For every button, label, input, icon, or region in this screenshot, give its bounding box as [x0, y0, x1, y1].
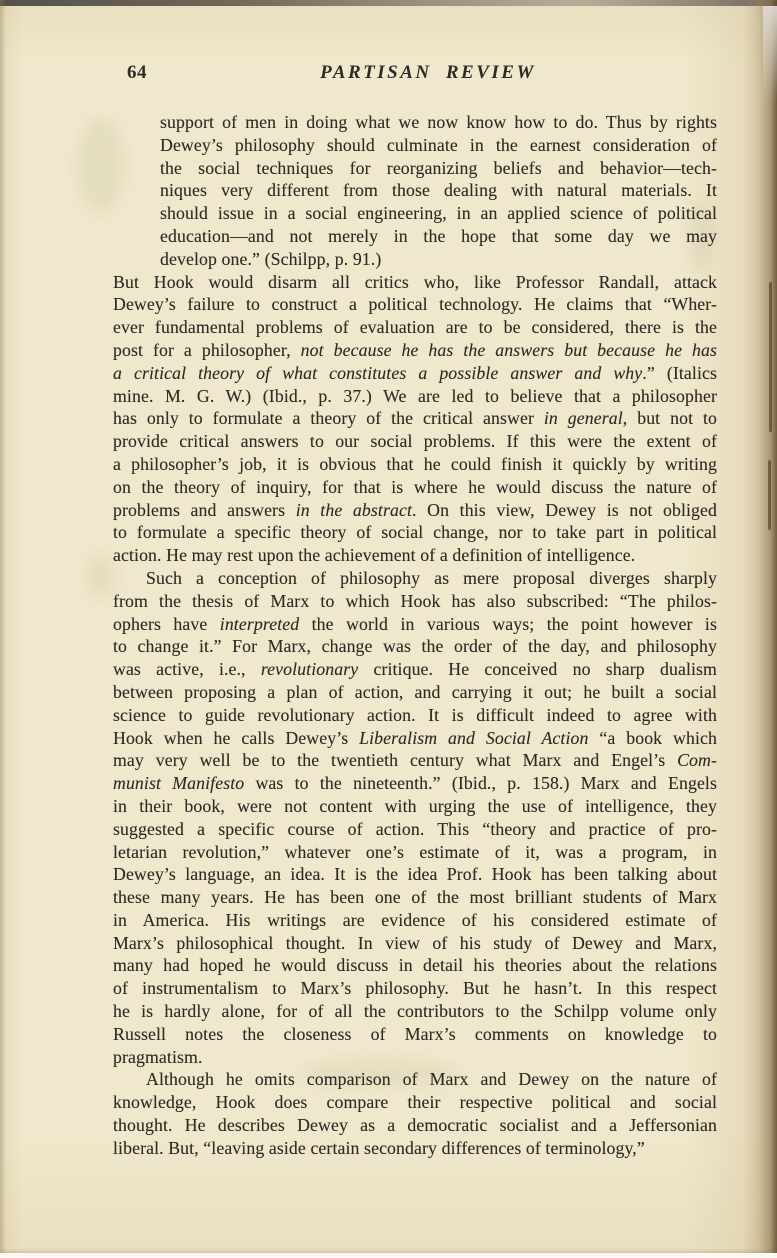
text-run: liberal. But, “leaving aside certain sec… — [113, 1138, 645, 1158]
paragraph: Such a conception of philosophy as mere … — [113, 567, 717, 1069]
text-run: education—and not merely in the hope tha… — [160, 226, 717, 246]
text-line: he is hardly alone, for of all the contr… — [113, 1000, 717, 1023]
text-line: But Hook would disarm all critics who, l… — [113, 271, 717, 294]
text-column: support of men in doing what we now know… — [113, 111, 717, 1160]
text-line: may very well be to the twentieth centur… — [113, 749, 717, 772]
text-run: action. He may rest upon the achievement… — [113, 545, 635, 565]
text-line: the social techniques for reorganizing b… — [113, 157, 717, 180]
text-line: in America. His writings are evidence of… — [113, 909, 717, 932]
text-run: Hook when he calls Dewey’s — [113, 728, 359, 748]
text-line: many had hoped he would discuss in detai… — [113, 954, 717, 977]
text-line: Although he omits comparison of Marx and… — [113, 1068, 717, 1091]
text-line: knowledge, Hook does compare their respe… — [113, 1091, 717, 1114]
text-line: on the theory of inquiry, for that is wh… — [113, 476, 717, 499]
text-run: Dewey’s philosophy should culminate in t… — [160, 135, 717, 155]
text-line: from the thesis of Marx to which Hook ha… — [113, 590, 717, 613]
text-run: Marx’s philosophical thought. In view of… — [113, 933, 717, 953]
italic-run: not because he has the answers but becau… — [301, 340, 717, 360]
text-line: ever fundamental problems of evaluation … — [113, 316, 717, 339]
scan-edge-left — [0, 0, 6, 1258]
text-line: Dewey’s failure to construct a political… — [113, 293, 717, 316]
italic-run: a critical theory of what constitutes a … — [113, 363, 642, 383]
text-run: , but not to — [623, 408, 717, 428]
text-line: ophers have interpreted the world in var… — [113, 613, 717, 636]
paragraph: But Hook would disarm all critics who, l… — [113, 271, 717, 567]
text-run: ever fundamental problems of evaluation … — [113, 317, 717, 337]
text-run: post for a philosopher, — [113, 340, 301, 360]
text-run: knowledge, Hook does compare their respe… — [113, 1092, 717, 1112]
text-run: provide critical answers to our social p… — [113, 431, 717, 451]
italic-run: in the abstract — [296, 500, 412, 520]
italic-run: revolutionary — [261, 659, 358, 679]
page-edge-shadow — [743, 0, 777, 1258]
text-line: these many years. He has been one of the… — [113, 886, 717, 909]
text-run: mine. M. G. W.) (Ibid., p. 37.) We are l… — [113, 386, 717, 406]
text-line: was active, i.e., revolutionary critique… — [113, 658, 717, 681]
text-run: to change it.” For Marx, change was the … — [113, 636, 717, 656]
italic-run: Liberalism and Social Action — [359, 728, 588, 748]
text-line: Russell notes the closeness of Marx’s co… — [113, 1023, 717, 1046]
text-line: in their book, were not content with urg… — [113, 795, 717, 818]
text-line: a critical theory of what constitutes a … — [113, 362, 717, 385]
text-line: post for a philosopher, not because he h… — [113, 339, 717, 362]
text-run: critique. He conceived no sharp dualism — [358, 659, 717, 679]
text-line: problems and answers in the abstract. On… — [113, 499, 717, 522]
italic-run: Com- — [677, 750, 717, 770]
text-run: support of men in doing what we now know… — [160, 112, 717, 132]
text-run: the world in various ways; the point how… — [299, 614, 717, 634]
page-edge-highlight — [763, 6, 777, 101]
text-line: Hook when he calls Dewey’s Liberalism an… — [113, 727, 717, 750]
text-run: the social techniques for reorganizing b… — [160, 158, 717, 178]
text-line: Such a conception of philosophy as mere … — [113, 567, 717, 590]
text-line: suggested a specific course of action. T… — [113, 818, 717, 841]
text-run: develop one.” (Schilpp, p. 91.) — [160, 249, 381, 269]
text-line: action. He may rest upon the achievement… — [113, 544, 717, 567]
page-edge-mark — [769, 282, 772, 432]
text-line: letarian revolution,” whatever one’s est… — [113, 841, 717, 864]
text-run: has only to formulate a theory of the cr… — [113, 408, 544, 428]
text-line: has only to formulate a theory of the cr… — [113, 407, 717, 430]
text-run: suggested a specific course of action. T… — [113, 819, 717, 839]
text-run: was to the nineteenth.” (Ibid., p. 158.)… — [244, 773, 717, 793]
text-run: Russell notes the closeness of Marx’s co… — [113, 1024, 717, 1044]
text-line: thought. He describes Dewey as a democra… — [113, 1114, 717, 1137]
text-run: from the thesis of Marx to which Hook ha… — [113, 591, 717, 611]
text-run: niques very different from those dealing… — [160, 180, 717, 200]
text-run: many had hoped he would discuss in detai… — [113, 955, 717, 975]
text-line: between proposing a plan of action, and … — [113, 681, 717, 704]
text-run: ophers have — [113, 614, 220, 634]
text-line: a philosopher’s job, it is obvious that … — [113, 453, 717, 476]
text-line: develop one.” (Schilpp, p. 91.) — [113, 248, 717, 271]
journal-title: PARTISAN REVIEW — [113, 62, 717, 84]
text-run: may very well be to the twentieth centur… — [113, 750, 677, 770]
text-run: But Hook would disarm all critics who, l… — [113, 272, 717, 292]
text-run: should issue in a social engineering, in… — [160, 203, 717, 223]
text-run: of instrumentalism to Marx’s philosophy.… — [113, 978, 717, 998]
text-run: letarian revolution,” whatever one’s est… — [113, 842, 717, 862]
text-run: he is hardly alone, for of all the contr… — [113, 1001, 717, 1021]
text-run: on the theory of inquiry, for that is wh… — [113, 477, 717, 497]
scan-edge-top — [0, 0, 777, 6]
text-run: Dewey’s language, an idea. It is the ide… — [113, 864, 717, 884]
text-run: was active, i.e., — [113, 659, 261, 679]
text-line: education—and not merely in the hope tha… — [113, 225, 717, 248]
text-line: to formulate a specific theory of social… — [113, 521, 717, 544]
italic-run: munist Manifesto — [113, 773, 244, 793]
text-line: support of men in doing what we now know… — [113, 111, 717, 134]
text-line: Dewey’s philosophy should culminate in t… — [113, 134, 717, 157]
text-run: science to guide revolutionary action. I… — [113, 705, 717, 725]
ink-bleedthrough — [86, 555, 116, 597]
text-run: thought. He describes Dewey as a democra… — [113, 1115, 717, 1135]
text-run: Dewey’s failure to construct a political… — [113, 294, 717, 314]
text-run: problems and answers — [113, 500, 296, 520]
text-run: to formulate a specific theory of social… — [113, 522, 717, 542]
blockquote: support of men in doing what we now know… — [113, 111, 717, 271]
text-line: pragmatism. — [113, 1046, 717, 1069]
text-line: provide critical answers to our social p… — [113, 430, 717, 453]
text-line: liberal. But, “leaving aside certain sec… — [113, 1137, 717, 1160]
italic-run: in general — [544, 408, 623, 428]
text-line: munist Manifesto was to the nineteenth.”… — [113, 772, 717, 795]
text-line: niques very different from those dealing… — [113, 179, 717, 202]
text-run: in their book, were not content with urg… — [113, 796, 717, 816]
scanned-page: 64 PARTISAN REVIEW support of men in doi… — [0, 0, 777, 1258]
text-line: to change it.” For Marx, change was the … — [113, 635, 717, 658]
text-line: science to guide revolutionary action. I… — [113, 704, 717, 727]
paragraph: Although he omits comparison of Marx and… — [113, 1068, 717, 1159]
text-run: “a book which — [589, 728, 718, 748]
text-run: . On this view, Dewey is not obliged — [412, 500, 717, 520]
text-line: Dewey’s language, an idea. It is the ide… — [113, 863, 717, 886]
page-edge-mark — [768, 460, 771, 530]
italic-run: interpreted — [220, 614, 299, 634]
text-run: in America. His writings are evidence of… — [113, 910, 717, 930]
text-run: .” (Italics — [642, 363, 717, 383]
text-line: Marx’s philosophical thought. In view of… — [113, 932, 717, 955]
text-line: of instrumentalism to Marx’s philosophy.… — [113, 977, 717, 1000]
text-run: Although he omits comparison of Marx and… — [146, 1069, 717, 1089]
text-line: mine. M. G. W.) (Ibid., p. 37.) We are l… — [113, 385, 717, 408]
text-run: Such a conception of philosophy as mere … — [146, 568, 717, 588]
text-run: these many years. He has been one of the… — [113, 887, 717, 907]
text-run: between proposing a plan of action, and … — [113, 682, 717, 702]
text-line: should issue in a social engineering, in… — [113, 202, 717, 225]
text-run: pragmatism. — [113, 1047, 203, 1067]
scan-edge-bottom — [0, 1253, 777, 1258]
text-run: a philosopher’s job, it is obvious that … — [113, 454, 717, 474]
